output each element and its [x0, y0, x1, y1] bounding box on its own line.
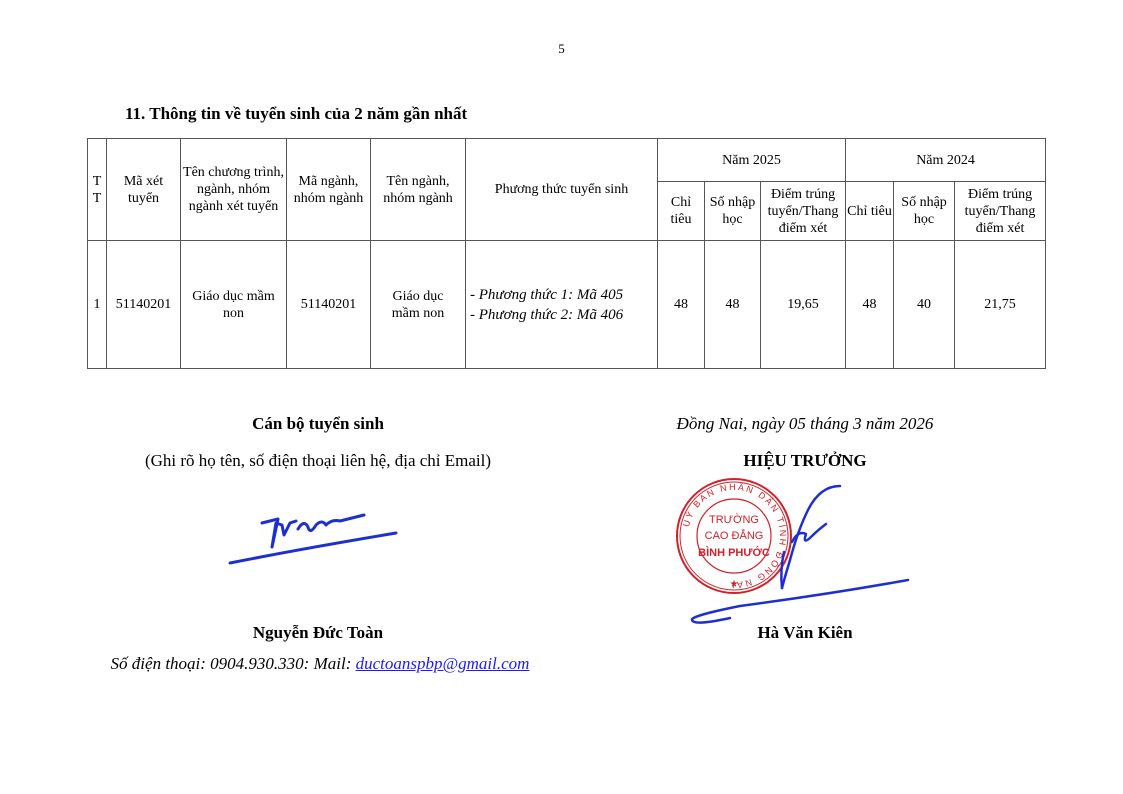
header-ma-xet-tuyen: Mã xét tuyển — [107, 139, 181, 241]
email-link[interactable]: ductoanspbp@gmail.com — [356, 654, 530, 673]
cell-chi-tieu-2024: 48 — [846, 241, 894, 369]
header-chi-tieu-2025: Chỉ tiêu — [658, 182, 705, 241]
cell-diem-2024: 21,75 — [955, 241, 1046, 369]
page-number: 5 — [0, 41, 1123, 57]
left-signer-note: (Ghi rõ họ tên, số điện thoại liên hệ, đ… — [90, 451, 546, 471]
cell-so-nhap-hoc-2024: 40 — [894, 241, 955, 369]
header-so-nhap-hoc-2025: Số nhập học — [705, 182, 761, 241]
left-signature-icon — [220, 505, 420, 575]
principal-signature-icon — [680, 480, 920, 630]
header-tt: T T — [88, 139, 107, 241]
header-chi-tieu-2024: Chỉ tiêu — [846, 182, 894, 241]
section-title: 11. Thông tin về tuyển sinh của 2 năm gầ… — [125, 104, 467, 124]
header-year-2024: Năm 2024 — [846, 139, 1046, 182]
cell-phuong-thuc: Phương thức 1: Mã 405 Phương thức 2: Mã … — [466, 241, 658, 369]
left-signer-title: Cán bộ tuyển sinh — [90, 414, 546, 434]
header-ma-nganh: Mã ngành, nhóm ngành — [287, 139, 371, 241]
header-phuong-thuc: Phương thức tuyển sinh — [466, 139, 658, 241]
table-row: 1 51140201 Giáo dục mầm non 51140201 Giá… — [88, 241, 1046, 369]
contact-phone: Số điện thoại: 0904.930.330: Mail: — [111, 654, 356, 673]
cell-ma-nganh: 51140201 — [287, 241, 371, 369]
left-signer-name: Nguyễn Đức Toàn — [90, 623, 546, 643]
principal-name: Hà Văn Kiên — [640, 623, 970, 643]
left-signer-contact: Số điện thoại: 0904.930.330: Mail: ducto… — [60, 654, 580, 674]
place-date: Đồng Nai, ngày 05 tháng 3 năm 2026 — [620, 414, 990, 434]
cell-ten-nganh: Giáo dục mầm non — [371, 241, 466, 369]
cell-tt: 1 — [88, 241, 107, 369]
cell-so-nhap-hoc-2025: 48 — [705, 241, 761, 369]
header-ten-nganh: Tên ngành, nhóm ngành — [371, 139, 466, 241]
cell-ma-xet-tuyen: 51140201 — [107, 241, 181, 369]
admission-table: T T Mã xét tuyển Tên chương trình, ngành… — [87, 138, 1046, 369]
method-item: Phương thức 1: Mã 405 — [470, 285, 656, 305]
cell-ten-chuong-trinh: Giáo dục mầm non — [181, 241, 287, 369]
header-diem-2024: Điểm trúng tuyển/Thang điểm xét — [955, 182, 1046, 241]
cell-chi-tieu-2025: 48 — [658, 241, 705, 369]
right-signer-title: HIỆU TRƯỞNG — [640, 451, 970, 471]
header-ten-chuong-trinh: Tên chương trình, ngành, nhóm ngành xét … — [181, 139, 287, 241]
method-item: Phương thức 2: Mã 406 — [470, 305, 656, 325]
header-diem-2025: Điểm trúng tuyển/Thang điểm xét — [761, 182, 846, 241]
header-so-nhap-hoc-2024: Số nhập học — [894, 182, 955, 241]
cell-diem-2025: 19,65 — [761, 241, 846, 369]
header-year-2025: Năm 2025 — [658, 139, 846, 182]
